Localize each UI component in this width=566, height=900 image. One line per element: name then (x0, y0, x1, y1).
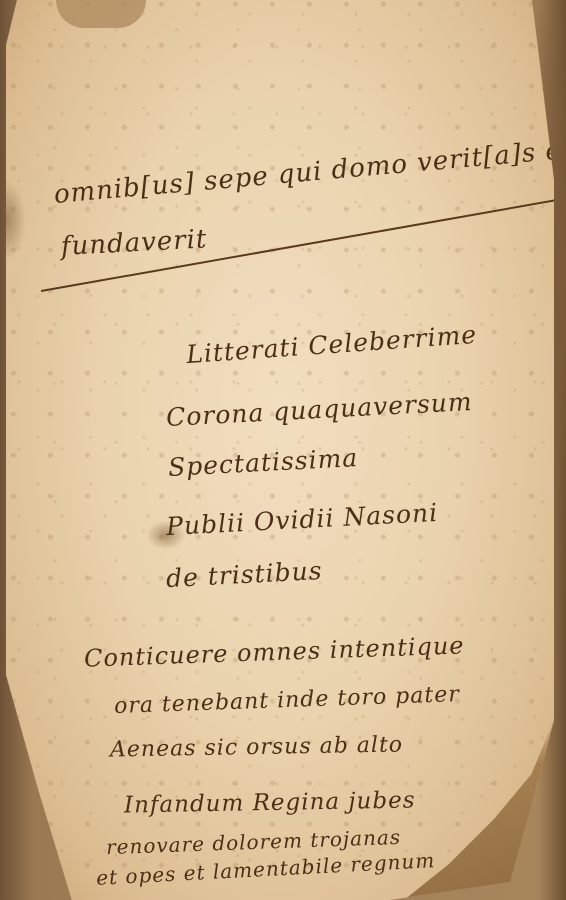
title-line-5: de tristibus (165, 556, 323, 593)
torn-corner-top (56, 0, 146, 28)
verse-line-2: ora tenebant inde toro pater (114, 682, 461, 719)
verse-line-1: Conticuere omnes intentique (84, 631, 465, 672)
manuscript-page: omnib[us] sepe qui domo verit[a]s est fu… (6, 0, 554, 900)
verse-line-4: Infandum Regina jubes (124, 787, 416, 818)
title-line-1: Litterati Celeberrime (185, 320, 478, 369)
title-line-4: Publii Ovidii Nasoni (165, 498, 438, 541)
heading-line-2: fundaverit (60, 224, 208, 262)
verse-line-3: Aeneas sic orsus ab alto (110, 732, 403, 762)
title-line-3: Spectatissima (167, 443, 358, 482)
title-line-2: Corona quaquaversum (165, 387, 473, 432)
heading-line-1: omnib[us] sepe qui domo verit[a]s est (53, 133, 566, 210)
